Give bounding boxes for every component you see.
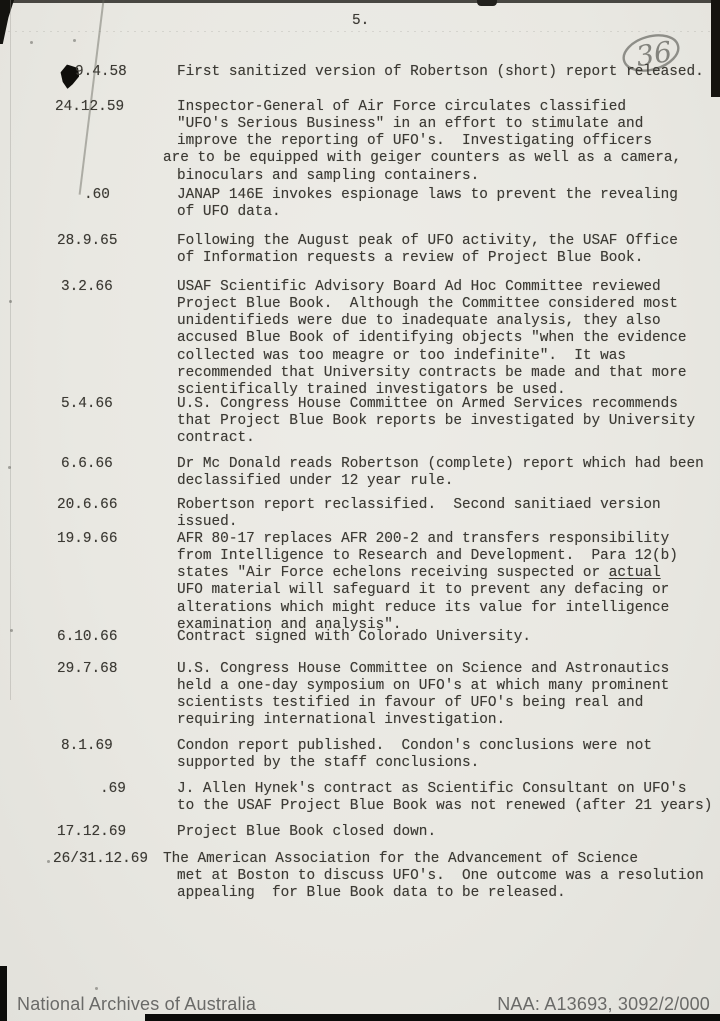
text-segment: of Information requests a review of Proj… xyxy=(177,250,643,266)
text-segment: U.S. Congress House Committee on Armed S… xyxy=(177,396,678,412)
text-segment: alterations which might reduce its value… xyxy=(177,600,669,616)
text-segment: from Intelligence to Research and Develo… xyxy=(177,548,678,564)
scan-artifact-top-left xyxy=(0,0,14,44)
entry-line: states "Air Force echelons receiving sus… xyxy=(177,565,661,582)
scan-artifact-bottom-left xyxy=(0,966,7,1021)
text-segment: Project Blue Book. Although the Committe… xyxy=(177,296,678,312)
timeline-entry: 29.7.68U.S. Congress House Committee on … xyxy=(0,661,720,730)
timeline-entry: 8.1.69Condon report published. Condon's … xyxy=(0,738,720,772)
entry-line: Following the August peak of UFO activit… xyxy=(177,233,678,250)
entry-line: JANAP 146E invokes espionage laws to pre… xyxy=(177,187,678,204)
scan-artifact-top-right xyxy=(711,0,720,97)
text-segment: appealing for Blue Book data to be relea… xyxy=(177,885,566,901)
text-segment: The American Association for the Advance… xyxy=(163,851,638,867)
text-segment: to the USAF Project Blue Book was not re… xyxy=(177,798,712,814)
text-segment: Inspector-General of Air Force circulate… xyxy=(177,99,626,115)
footer-archive-name: National Archives of Australia xyxy=(17,994,256,1015)
page-number: 5. xyxy=(352,13,369,30)
entry-line: unidentifieds were due to inadequate ana… xyxy=(177,313,661,330)
timeline-entry: 6.6.66Dr Mc Donald reads Robertson (comp… xyxy=(0,456,720,490)
timeline-entry: 26/31.12.69The American Association for … xyxy=(0,851,720,902)
entry-line: accused Blue Book of identifying objects… xyxy=(177,330,687,347)
entry-line: alterations which might reduce its value… xyxy=(177,600,669,617)
entry-line: scientists testified in favour of UFO's … xyxy=(177,695,643,712)
timeline-entry: .69J. Allen Hynek's contract as Scientif… xyxy=(0,781,720,815)
scan-artifact-top-blob xyxy=(477,0,497,6)
paper-speck xyxy=(73,39,76,42)
text-segment: Robertson report reclassified. Second sa… xyxy=(177,497,661,513)
entry-line: J. Allen Hynek's contract as Scientific … xyxy=(177,781,687,798)
timeline-entry: 3.2.66USAF Scientific Advisory Board Ad … xyxy=(0,279,720,399)
entry-line: declassified under 12 year rule. xyxy=(177,473,453,490)
text-segment: U.S. Congress House Committee on Science… xyxy=(177,661,669,677)
text-segment: states "Air Force echelons receiving sus… xyxy=(177,565,609,581)
entry-line: contract. xyxy=(177,430,255,447)
entry-date: 19.9.66 xyxy=(57,531,117,548)
text-segment: J. Allen Hynek's contract as Scientific … xyxy=(177,781,687,797)
entry-line: AFR 80-17 replaces AFR 200-2 and transfe… xyxy=(177,531,669,548)
entry-date: 5.4.66 xyxy=(61,396,113,413)
underlined-text: actual xyxy=(609,565,661,581)
entry-date: 6.10.66 xyxy=(57,629,117,646)
text-segment: Project Blue Book closed down. xyxy=(177,824,436,840)
entry-line: of Information requests a review of Proj… xyxy=(177,250,643,267)
text-segment: accused Blue Book of identifying objects… xyxy=(177,330,687,346)
timeline-entry: 20.6.66Robertson report reclassified. Se… xyxy=(0,497,720,531)
text-segment: Following the August peak of UFO activit… xyxy=(177,233,678,249)
entry-line: Contract signed with Colorado University… xyxy=(177,629,531,646)
entry-line: supported by the staff conclusions. xyxy=(177,755,479,772)
text-segment: requiring international investigation. xyxy=(177,712,505,728)
text-segment: that Project Blue Book reports be invest… xyxy=(177,413,695,429)
entry-line: that Project Blue Book reports be invest… xyxy=(177,413,695,430)
entry-line: UFO material will safeguard it to preven… xyxy=(177,582,669,599)
entry-line: Dr Mc Donald reads Robertson (complete) … xyxy=(177,456,704,473)
scan-artifact-top-edge xyxy=(0,0,720,3)
entry-date: 28.9.65 xyxy=(57,233,117,250)
scan-artifact-bottom-bar xyxy=(145,1014,720,1021)
paper-speck xyxy=(95,987,98,990)
footer-reference: NAA: A13693, 3092/2/000 xyxy=(497,994,710,1015)
document-page: 5. 36 9.4.58First sanitized version of R… xyxy=(0,0,720,1021)
text-segment: Contract signed with Colorado University… xyxy=(177,629,531,645)
entry-date: 20.6.66 xyxy=(57,497,117,514)
text-segment: First sanitized version of Robertson (sh… xyxy=(177,64,704,80)
text-segment: Condon report published. Condon's conclu… xyxy=(177,738,652,754)
entry-date: 26/31.12.69 xyxy=(53,851,148,868)
entry-date: .60 xyxy=(84,187,110,204)
text-segment: issued. xyxy=(177,514,237,530)
entry-date: 8.1.69 xyxy=(61,738,113,755)
timeline-entry: 6.10.66Contract signed with Colorado Uni… xyxy=(0,629,720,646)
text-segment: "UFO's Serious Business" in an effort to… xyxy=(177,116,643,132)
text-segment: held a one-day symposium on UFO's at whi… xyxy=(177,678,669,694)
text-segment: JANAP 146E invokes espionage laws to pre… xyxy=(177,187,678,203)
entry-line: issued. xyxy=(177,514,237,531)
entry-line: requiring international investigation. xyxy=(177,712,505,729)
entry-line: from Intelligence to Research and Develo… xyxy=(177,548,678,565)
timeline-entry: 19.9.66AFR 80-17 replaces AFR 200-2 and … xyxy=(0,531,720,634)
text-segment: met at Boston to discuss UFO's. One outc… xyxy=(177,868,704,884)
text-segment: UFO material will safeguard it to preven… xyxy=(177,582,669,598)
entry-line: Robertson report reclassified. Second sa… xyxy=(177,497,661,514)
entry-date: 9.4.58 xyxy=(75,64,127,81)
timeline-entry: 5.4.66U.S. Congress House Committee on A… xyxy=(0,396,720,447)
text-segment: of UFO data. xyxy=(177,204,281,220)
entry-line: First sanitized version of Robertson (sh… xyxy=(177,64,704,81)
text-segment: unidentifieds were due to inadequate ana… xyxy=(177,313,661,329)
entry-line: The American Association for the Advance… xyxy=(163,851,638,868)
entry-date: 24.12.59 xyxy=(55,99,124,116)
entry-line: held a one-day symposium on UFO's at whi… xyxy=(177,678,669,695)
timeline-entry: 17.12.69Project Blue Book closed down. xyxy=(0,824,720,841)
timeline-entry: 28.9.65Following the August peak of UFO … xyxy=(0,233,720,267)
entry-line: are to be equipped with geiger counters … xyxy=(163,150,681,167)
text-segment: contract. xyxy=(177,430,255,446)
entry-line: Project Blue Book closed down. xyxy=(177,824,436,841)
entry-line: Project Blue Book. Although the Committe… xyxy=(177,296,678,313)
text-segment: improve the reporting of UFO's. Investig… xyxy=(177,133,652,149)
entry-line: improve the reporting of UFO's. Investig… xyxy=(177,133,652,150)
timeline-entry: 24.12.59Inspector-General of Air Force c… xyxy=(0,99,720,185)
text-segment: USAF Scientific Advisory Board Ad Hoc Co… xyxy=(177,279,661,295)
timeline-entry: .60JANAP 146E invokes espionage laws to … xyxy=(0,187,720,221)
entry-line: "UFO's Serious Business" in an effort to… xyxy=(177,116,643,133)
entry-line: binoculars and sampling containers. xyxy=(177,168,479,185)
entry-line: appealing for Blue Book data to be relea… xyxy=(177,885,566,902)
entry-line: recommended that University contracts be… xyxy=(177,365,687,382)
text-segment: declassified under 12 year rule. xyxy=(177,473,453,489)
entry-line: Condon report published. Condon's conclu… xyxy=(177,738,652,755)
entry-line: Inspector-General of Air Force circulate… xyxy=(177,99,626,116)
text-segment: supported by the staff conclusions. xyxy=(177,755,479,771)
entry-date: .69 xyxy=(100,781,126,798)
entry-line: collected was too meagre or too indefini… xyxy=(177,348,626,365)
timeline-entry: 9.4.58First sanitized version of Roberts… xyxy=(0,64,720,81)
faint-fold-line xyxy=(8,31,712,32)
entry-date: 17.12.69 xyxy=(57,824,126,841)
text-segment: Dr Mc Donald reads Robertson (complete) … xyxy=(177,456,704,472)
text-segment: AFR 80-17 replaces AFR 200-2 and transfe… xyxy=(177,531,669,547)
entry-line: U.S. Congress House Committee on Armed S… xyxy=(177,396,678,413)
entry-line: U.S. Congress House Committee on Science… xyxy=(177,661,669,678)
text-segment: collected was too meagre or too indefini… xyxy=(177,348,626,364)
text-segment: are to be equipped with geiger counters … xyxy=(163,150,681,166)
paper-speck xyxy=(30,41,33,44)
entry-date: 6.6.66 xyxy=(61,456,113,473)
text-segment: scientists testified in favour of UFO's … xyxy=(177,695,643,711)
text-segment: binoculars and sampling containers. xyxy=(177,168,479,184)
entry-line: of UFO data. xyxy=(177,204,281,221)
text-segment: recommended that University contracts be… xyxy=(177,365,687,381)
entry-line: USAF Scientific Advisory Board Ad Hoc Co… xyxy=(177,279,661,296)
entry-date: 29.7.68 xyxy=(57,661,117,678)
entry-line: to the USAF Project Blue Book was not re… xyxy=(177,798,712,815)
entry-date: 3.2.66 xyxy=(61,279,113,296)
entry-line: met at Boston to discuss UFO's. One outc… xyxy=(177,868,704,885)
